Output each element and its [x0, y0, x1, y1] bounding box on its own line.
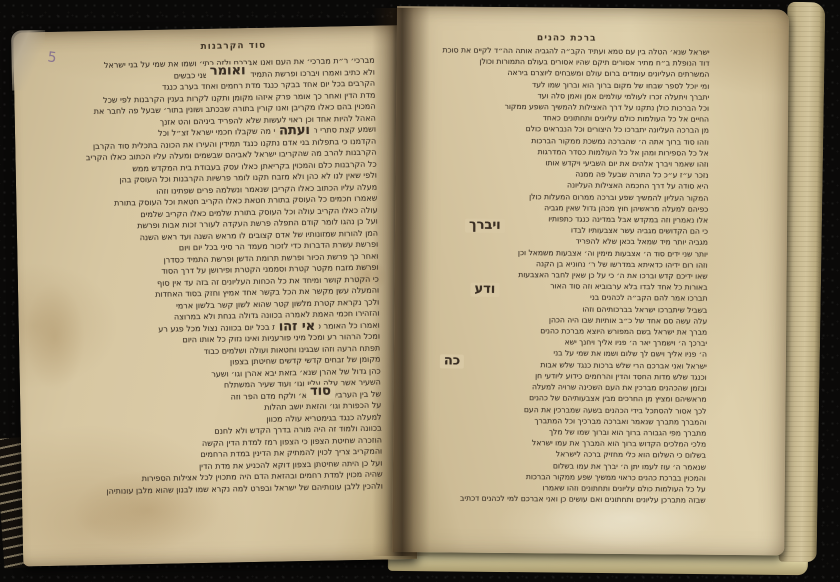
right-initial-word-2: ודע: [470, 283, 499, 297]
right-initial-word-1: ויברך: [465, 219, 505, 233]
left-initial-word-3: אי זהו: [275, 320, 320, 335]
right-initial-word-3: כה: [440, 354, 464, 368]
page-corner-curl: [11, 30, 46, 91]
left-page: 5 סוד הקרבנות מברכי׳ ר״ת מברכי׳ את העם ו…: [13, 25, 417, 566]
right-page-text-block: ישראל שנא׳ הטלה בין עם טמא ועתיד הקב״ה ל…: [420, 44, 710, 506]
left-page-text-block: מברכי׳ ר״ת מברכי׳ את העם ואנו אברכם ולזה…: [45, 55, 383, 498]
right-page: ברכת כהנים ישראל שנא׳ הטלה בין עם טמא וע…: [392, 6, 789, 555]
photo-background: 5 סוד הקרבנות מברכי׳ ר״ת מברכי׳ את העם ו…: [0, 0, 840, 582]
left-initial-word-2: ועתה: [275, 124, 314, 139]
left-initial-word-1: ואומר: [206, 64, 250, 79]
text-line: שבזה מתברכן עליונים ותחתונים ואם עושים כ…: [420, 492, 706, 506]
right-running-header: ברכת כהנים: [424, 32, 710, 44]
left-initial-word-4: סוד: [306, 384, 335, 399]
left-running-header: סוד הקרבנות: [44, 39, 374, 55]
